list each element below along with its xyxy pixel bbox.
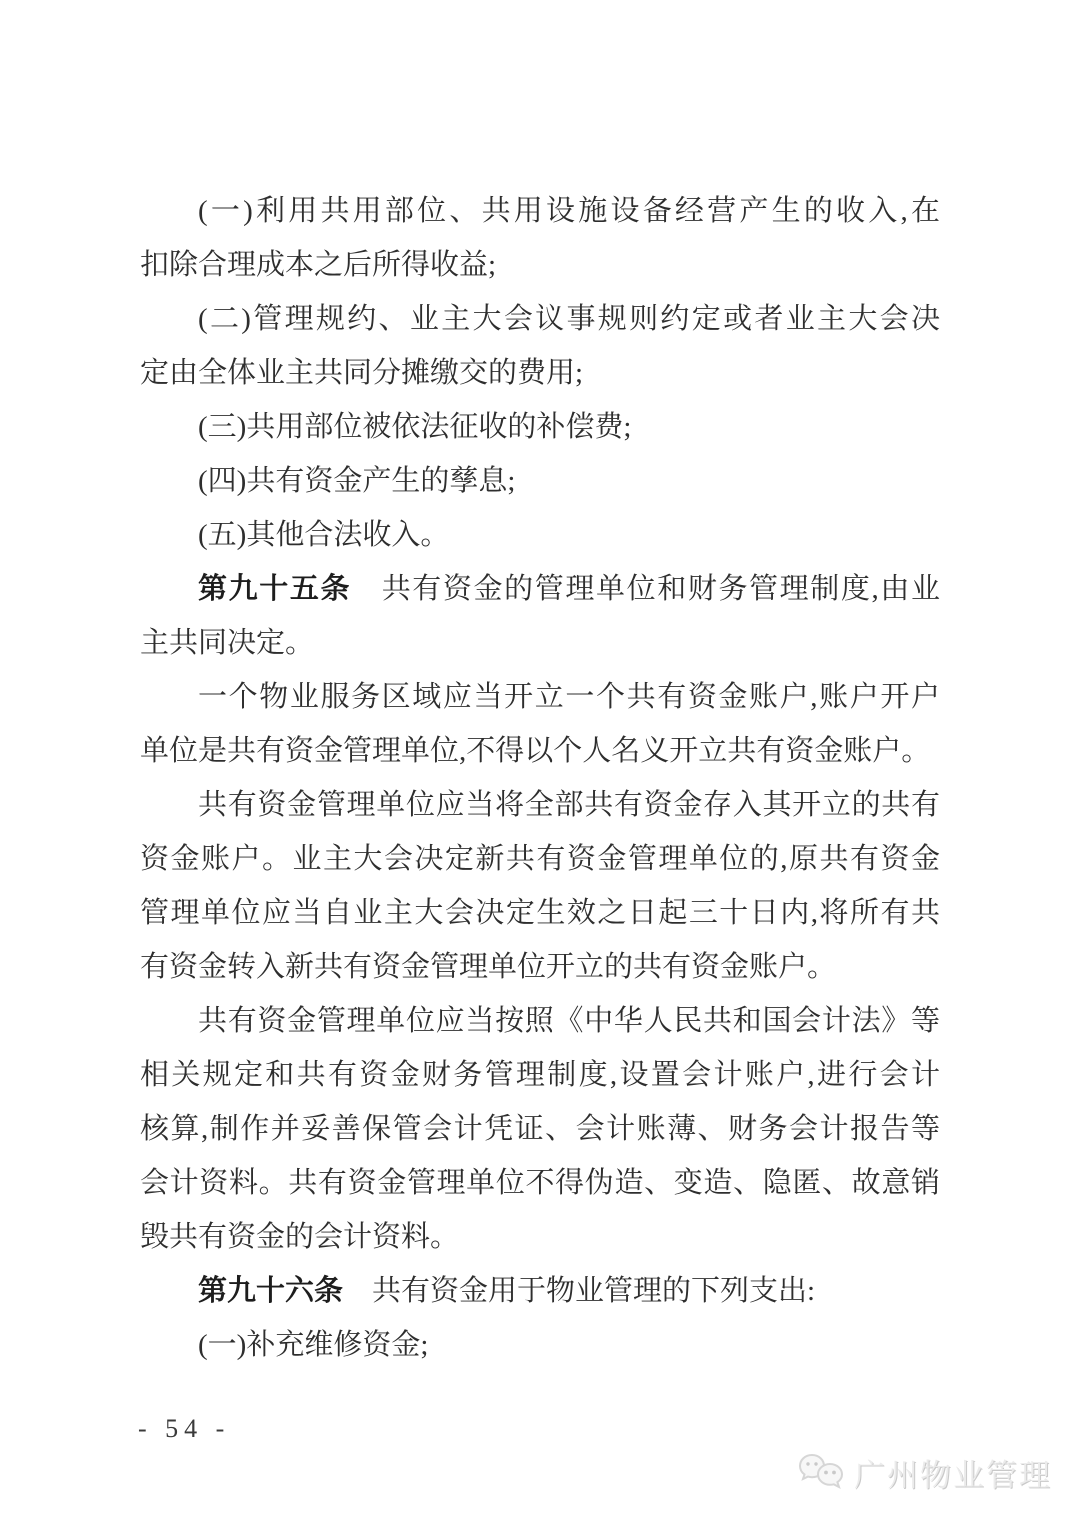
text-segment: 扣除合理成本之后所得收益; (140, 249, 496, 281)
page-number: - 54 - (138, 1414, 230, 1444)
text-segment: 会计资料。共有资金管理单位不得伪造、变造、隐匿、故意销 (140, 1167, 940, 1199)
text-line: 第九十五条 共有资金的管理单位和财务管理制度,由业 (140, 562, 940, 616)
text-line: (一)补充维修资金; (140, 1318, 940, 1372)
text-line: 定由全体业主共同分摊缴交的费用; (140, 346, 940, 400)
text-line: 单位是共有资金管理单位,不得以个人名义开立共有资金账户。 (140, 724, 940, 778)
text-segment: (三)共用部位被依法征收的补偿费; (198, 411, 631, 443)
text-segment: 共有资金管理单位应当将全部共有资金存入其开立的共有 (198, 789, 940, 821)
text-line: (三)共用部位被依法征收的补偿费; (140, 400, 940, 454)
text-line: 第九十六条 共有资金用于物业管理的下列支出: (140, 1264, 940, 1318)
text-line: 扣除合理成本之后所得收益; (140, 238, 940, 292)
text-segment: 管理单位应当自业主大会决定生效之日起三十日内,将所有共 (140, 897, 940, 929)
text-segment: 一个物业服务区域应当开立一个共有资金账户,账户开户 (198, 681, 940, 713)
text-segment: 主共同决定。 (140, 627, 314, 659)
text-line: 会计资料。共有资金管理单位不得伪造、变造、隐匿、故意销 (140, 1156, 940, 1210)
text-line: 毁共有资金的会计资料。 (140, 1210, 940, 1264)
text-segment: (一)补充维修资金; (198, 1329, 428, 1361)
footer-watermark: 广州物业管理 (798, 1450, 1052, 1495)
text-segment: (四)共有资金产生的孳息; (198, 465, 515, 497)
text-line: 共有资金管理单位应当将全部共有资金存入其开立的共有 (140, 778, 940, 832)
text-segment: 有资金转入新共有资金管理单位开立的共有资金账户。 (140, 951, 836, 983)
text-line: (四)共有资金产生的孳息; (140, 454, 940, 508)
article-number: 第九十五条 (198, 573, 351, 605)
text-line: 核算,制作并妥善保管会计凭证、会计账薄、财务会计报告等 (140, 1102, 940, 1156)
text-segment: 相关规定和共有资金财务管理制度,设置会计账户,进行会计 (140, 1059, 940, 1091)
text-line: (一)利用共用部位、共用设施设备经营产生的收入,在 (140, 184, 940, 238)
article-number: 第九十六条 (198, 1275, 343, 1307)
text-segment: 核算,制作并妥善保管会计凭证、会计账薄、财务会计报告等 (140, 1113, 940, 1145)
text-line: 管理单位应当自业主大会决定生效之日起三十日内,将所有共 (140, 886, 940, 940)
watermark-label: 广州物业管理 (854, 1450, 1052, 1495)
text-segment: (二)管理规约、业主大会议事规则约定或者业主大会决 (198, 303, 940, 335)
text-segment: 毁共有资金的会计资料。 (140, 1221, 459, 1253)
text-segment: (五)其他合法收入。 (198, 519, 449, 551)
text-segment: 共有资金用于物业管理的下列支出: (343, 1275, 815, 1307)
text-line: (五)其他合法收入。 (140, 508, 940, 562)
text-line: 主共同决定。 (140, 616, 940, 670)
text-segment: 共有资金的管理单位和财务管理制度,由业 (351, 573, 940, 605)
text-segment: 共有资金管理单位应当按照《中华人民共和国会计法》等 (198, 1005, 940, 1037)
text-line: 有资金转入新共有资金管理单位开立的共有资金账户。 (140, 940, 940, 994)
text-line: (二)管理规约、业主大会议事规则约定或者业主大会决 (140, 292, 940, 346)
text-line: 共有资金管理单位应当按照《中华人民共和国会计法》等 (140, 994, 940, 1048)
text-line: 资金账户。业主大会决定新共有资金管理单位的,原共有资金 (140, 832, 940, 886)
document-body: (一)利用共用部位、共用设施设备经营产生的收入,在扣除合理成本之后所得收益;(二… (140, 184, 940, 1372)
text-segment: 单位是共有资金管理单位,不得以个人名义开立共有资金账户。 (140, 735, 930, 767)
text-segment: 资金账户。业主大会决定新共有资金管理单位的,原共有资金 (140, 843, 940, 875)
wechat-icon (798, 1452, 846, 1494)
text-line: 一个物业服务区域应当开立一个共有资金账户,账户开户 (140, 670, 940, 724)
text-segment: 定由全体业主共同分摊缴交的费用; (140, 357, 583, 389)
text-line: 相关规定和共有资金财务管理制度,设置会计账户,进行会计 (140, 1048, 940, 1102)
text-segment: (一)利用共用部位、共用设施设备经营产生的收入,在 (198, 195, 940, 227)
